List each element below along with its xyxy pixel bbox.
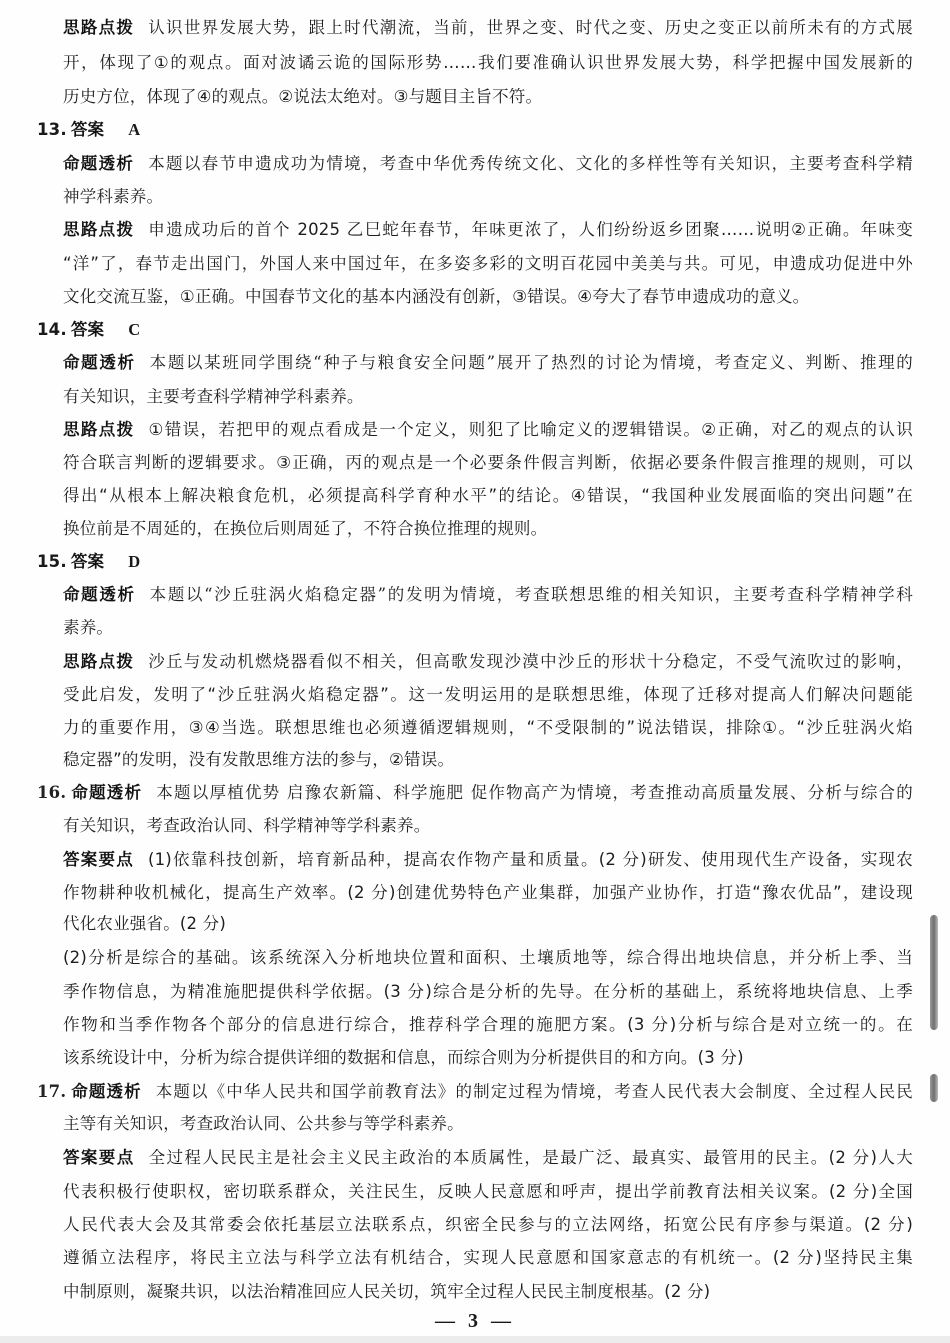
question-number: 15. <box>37 552 67 571</box>
approach-label: 思路点拨 <box>63 220 134 239</box>
question-number: 16. <box>37 783 66 802</box>
q16-analysis-line-1: 16.命题透析本题以厚植优势 启豫农新篇、科学施肥 促作物高产为情境，考查推动高… <box>37 782 913 804</box>
answer-label: 答案 <box>71 320 104 339</box>
q15-analysis-line-2: 素养。 <box>63 617 913 639</box>
answer-key-page: 思路点拨认识世界发展大势，跟上时代潮流，当前，世界之变、时代之变、历史之变正以前… <box>0 0 950 1343</box>
q13-approach-line-3: 文化交流互鉴，①正确。中国春节文化的基本内涵没有创新，③错误。④夸大了春节申遗成… <box>63 286 913 308</box>
q16-keypoints-line-3: 代化农业强省。(2 分) <box>63 913 913 935</box>
q16-keypoints-line-5: 季作物信息，为精准施肥提供科学依据。(3 分)综合是分析的先导。在分析的基础上，… <box>63 981 913 1003</box>
analysis-label: 命题透析 <box>70 1082 141 1101</box>
q15-approach-line-3: 力的重要作用，③④当选。联想思维也必须遵循逻辑规则，“不受限制的”说法错误，排除… <box>63 717 913 739</box>
q16-keypoints-line-2: 作物耕种收机械化，提高生产效率。(2 分)创建优势特色产业集群，加强产业协作，打… <box>63 882 913 904</box>
q13-answer-line: 13.答案A <box>37 119 913 141</box>
q14-answer-line: 14.答案C <box>37 319 913 341</box>
analysis-label: 命题透析 <box>63 585 136 604</box>
q17-keypoints-line-2: 代表积极行使职权，密切联系群众，关注民生，反映人民意愿和呼声，提出学前教育法相关… <box>63 1181 913 1203</box>
analysis-label: 命题透析 <box>63 353 136 372</box>
analysis-label: 命题透析 <box>63 154 134 173</box>
q17-keypoints-line-5: 中制原则，凝聚共识，以法治精准回应人民关切，筑牢全过程人民民主制度根基。(2 分… <box>63 1281 913 1303</box>
answer-label: 答案 <box>71 120 104 139</box>
q15-answer-line: 15.答案D <box>37 551 913 573</box>
q15-approach-line-4: 稳定器”的发明，没有发散思维方法的参与，②错误。 <box>63 749 913 771</box>
q15-approach-line-2: 受此启发，发明了“沙丘驻涡火焰稳定器”。这一发明运用的是联想思维，体现了迁移对提… <box>63 684 913 706</box>
key-points-label: 答案要点 <box>63 850 134 869</box>
approach-label: 思路点拨 <box>63 420 135 439</box>
q15-analysis-line-1: 命题透析本题以“沙丘驻涡火焰稳定器”的发明为情境，考查联想思维的相关知识，主要考… <box>63 584 913 606</box>
approach-label: 思路点拨 <box>63 18 134 37</box>
question-number: 13. <box>37 120 67 139</box>
q17-keypoints-line-4: 遵循立法程序，将民主立法与科学立法有机结合，实现人民意愿和国家意志的有机统一。(… <box>63 1247 913 1269</box>
q16-keypoints-line-6: 作物和当季作物各个部分的信息进行综合，推荐科学合理的施肥方案。(3 分)分析与综… <box>63 1014 913 1036</box>
page-number: — 3 — <box>0 1310 950 1333</box>
q16-keypoints-line-1: 答案要点(1)依靠科技创新，培育新品种，提高农作物产量和质量。(2 分)研发、使… <box>63 849 913 871</box>
q14-approach-line-1: 思路点拨①错误，若把甲的观点看成是一个定义，则犯了比喻定义的逻辑错误。②正确，对… <box>63 419 913 441</box>
answer-choice: C <box>128 320 140 339</box>
q16-keypoints-line-7: 该系统设计中，分析为综合提供详细的数据和信息，而综合则为分析提供目的和方向。(3… <box>63 1047 913 1069</box>
q12-approach-line-1: 思路点拨认识世界发展大势，跟上时代潮流，当前，世界之变、时代之变、历史之变正以前… <box>63 17 913 39</box>
q14-analysis-line-2: 有关知识，主要考查科学精神学科素养。 <box>63 386 913 408</box>
key-points-label: 答案要点 <box>63 1148 135 1167</box>
answer-label: 答案 <box>71 552 104 571</box>
q13-analysis-line-1: 命题透析本题以春节申遗成功为情境，考查中华优秀传统文化、文化的多样性等有关知识，… <box>63 153 913 175</box>
q13-approach-line-1: 思路点拨申遗成功后的首个 2025 乙巳蛇年春节，年味更浓了，人们纷纷返乡团聚…… <box>63 219 913 241</box>
q14-approach-line-4: 换位前是不周延的，在换位后则周延了，不符合换位推理的规则。 <box>63 518 913 540</box>
q14-approach-line-2: 符合联言判断的逻辑要求。③正确，丙的观点是一个必要条件假言判断，依据必要条件假言… <box>63 452 913 474</box>
answer-choice: A <box>128 120 140 139</box>
q13-approach-line-2: “洋”了，春节走出国门，外国人来中国过年，在多姿多彩的文明百花园中美美与共。可见… <box>63 253 913 275</box>
q17-keypoints-line-3: 人民代表大会及其常委会依托基层立法联系点，织密全民参与的立法网络，拓宽公民有序参… <box>63 1214 913 1236</box>
q12-approach-line-2: 开，体现了①的观点。面对波谲云诡的国际形势……我们要准确认识世界发展大势，科学把… <box>63 52 913 74</box>
question-number: 17. <box>37 1082 66 1101</box>
q16-keypoints-line-4: (2)分析是综合的基础。该系统深入分析地块位置和面积、土壤质地等，综合得出地块信… <box>63 947 913 969</box>
q15-approach-line-1: 思路点拨沙丘与发动机燃烧器看似不相关，但高歌发现沙漠中沙丘的形状十分稳定，不受气… <box>63 651 913 673</box>
q16-analysis-line-2: 有关知识，考查政治认同、科学精神等学科素养。 <box>63 815 913 837</box>
q14-approach-line-3: 得出“从根本上解决粮食危机，必须提高科学育种水平”的结论。④错误，“我国种业发展… <box>63 485 913 507</box>
question-number: 14. <box>37 320 67 339</box>
analysis-label: 命题透析 <box>70 783 142 802</box>
answer-choice: D <box>128 552 140 571</box>
q17-analysis-line-2: 主等有关知识，考查政治认同、公共参与等学科素养。 <box>63 1113 913 1135</box>
scan-binding-shadow <box>930 915 938 1030</box>
q12-approach-line-3: 历史方位，体现了④的观点。②说法太绝对。③与题目主旨不符。 <box>63 86 913 108</box>
q13-analysis-line-2: 神学科素养。 <box>63 186 913 208</box>
scan-binding-shadow <box>930 1074 938 1102</box>
q17-keypoints-line-1: 答案要点全过程人民民主是社会主义民主政治的本质属性，是最广泛、最真实、最管用的民… <box>63 1147 913 1169</box>
approach-label: 思路点拨 <box>63 652 134 671</box>
page-bottom-edge <box>0 1336 950 1343</box>
q17-analysis-line-1: 17.命题透析本题以《中华人民共和国学前教育法》的制定过程为情境，考查人民代表大… <box>37 1081 913 1103</box>
q14-analysis-line-1: 命题透析本题以某班同学围绕“种子与粮食安全问题”展开了热烈的讨论为情境，考查定义… <box>63 352 913 374</box>
